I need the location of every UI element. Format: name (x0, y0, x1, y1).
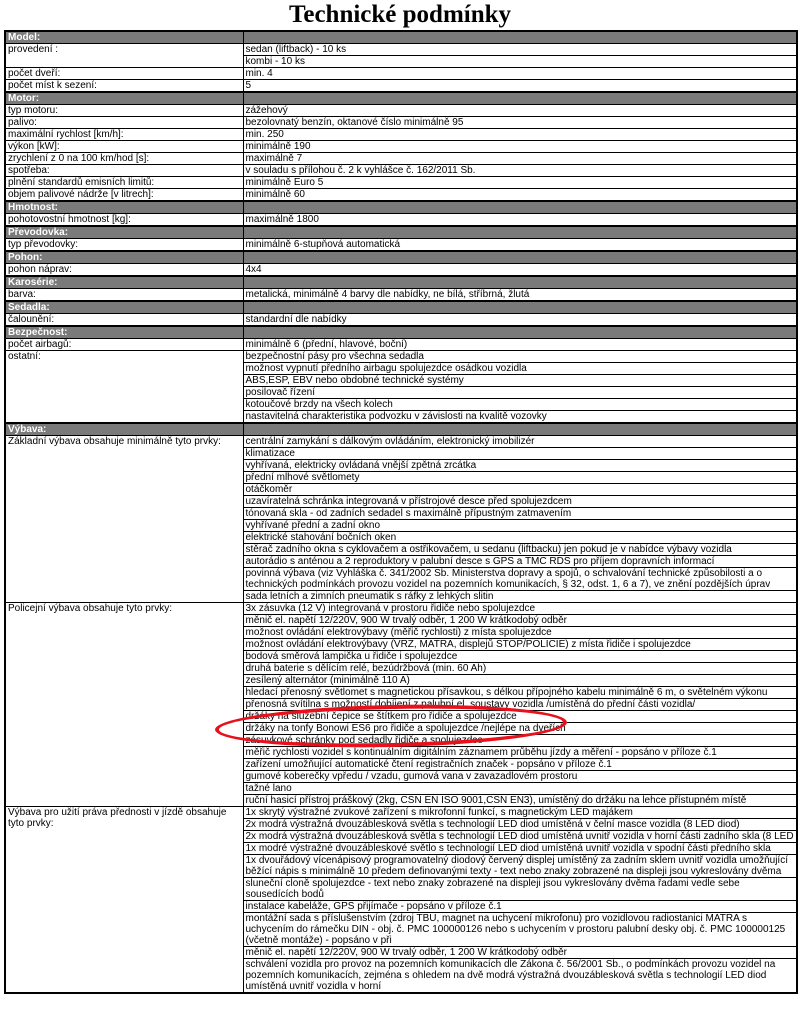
row-value: tažné lano (243, 783, 797, 795)
row-label: spotřeba: (5, 165, 243, 177)
page-title: Technické podmínky (0, 0, 800, 30)
row-label: Policejní výbava obsahuje tyto prvky: (5, 603, 243, 807)
table-row: Základní výbava obsahuje minimálně tyto … (5, 436, 797, 448)
row-label: typ motoru: (5, 105, 243, 117)
row-value: zařízení umožňující automatické čtení re… (243, 759, 797, 771)
row-value: uzavíratelná schránka integrovaná v přís… (243, 496, 797, 508)
row-value: měnič el. napětí 12/220V, 900 W trvalý o… (243, 615, 797, 627)
row-value: klimatizace (243, 448, 797, 460)
row-value: bodová směrová lampička u řidiče i spolu… (243, 651, 797, 663)
spec-table: Model: provedení :sedan (liftback) - 10 … (4, 30, 798, 994)
row-value: zážehový (243, 105, 797, 117)
table-row: zrychlení z 0 na 100 km/hod [s]:maximáln… (5, 153, 797, 165)
row-label: provedení : (5, 44, 243, 68)
row-value: ruční hasicí přístroj práškový (2kg, CSN… (243, 795, 797, 807)
row-label: počet míst k sezení: (5, 80, 243, 93)
row-value: 4x4 (243, 264, 797, 277)
row-value: gumové koberečky vpředu / vzadu, gumová … (243, 771, 797, 783)
row-value: schválení vozidla pro provoz na pozemníc… (243, 959, 797, 994)
row-value: povinná výbava (viz Vyhláška č. 341/2002… (243, 568, 797, 591)
row-label: barva: (5, 289, 243, 302)
table-row: počet dveří:min. 4 (5, 68, 797, 80)
row-value: minimálně 190 (243, 141, 797, 153)
row-value: kombi - 10 ks (243, 56, 797, 68)
row-value: možnost vypnutí předního airbagu spoluje… (243, 363, 797, 375)
section-header: Převodovka: (5, 226, 797, 239)
row-value: 5 (243, 80, 797, 93)
row-value: kotoučové brzdy na všech kolech (243, 399, 797, 411)
row-value: měřič rychlosti vozidel s kontinuálním d… (243, 747, 797, 759)
row-label: počet dveří: (5, 68, 243, 80)
row-value: 3x zásuvka (12 V) integrovaná v prostoru… (243, 603, 797, 615)
table-row: výkon [kW]:minimálně 190 (5, 141, 797, 153)
row-value: vyhřívaná, elektricky ovládaná vnější zp… (243, 460, 797, 472)
section-header: Sedadla: (5, 301, 797, 314)
row-value: sluneční cloně spolujezdce - text nebo z… (243, 878, 797, 901)
row-value: zesílený alternátor (minimálně 110 A) (243, 675, 797, 687)
table-row: ostatní:bezpečnostní pásy pro všechna se… (5, 351, 797, 363)
row-value: možnost ovládání elektrovýbavy (VRZ, MAT… (243, 639, 797, 651)
row-value: metalická, minimálně 4 barvy dle nabídky… (243, 289, 797, 302)
table-row: pohon náprav:4x4 (5, 264, 797, 277)
section-title: Výbava: (5, 423, 243, 436)
row-label: plnění standardů emisních limitů: (5, 177, 243, 189)
section-header: Motor: (5, 92, 797, 105)
section-title: Motor: (5, 92, 243, 105)
table-row: spotřeba:v souladu s přílohou č. 2 k vyh… (5, 165, 797, 177)
row-value: 1x skrytý výstražné zvukové zařízení s m… (243, 807, 797, 819)
table-row: pohotovostní hmotnost [kg]:maximálně 180… (5, 214, 797, 227)
section-title: Model: (5, 31, 243, 44)
row-value: 1x modré výstražné dvouzábleskové světlo… (243, 843, 797, 855)
row-label: objem palivové nádrže [v litrech]: (5, 189, 243, 202)
row-label: čalounění: (5, 314, 243, 327)
row-value: montážní sada s příslušenstvím (zdroj TB… (243, 913, 797, 947)
row-value: ABS,ESP, EBV nebo obdobné technické syst… (243, 375, 797, 387)
row-label: maximální rychlost [km/h]: (5, 129, 243, 141)
section-header: Výbava: (5, 423, 797, 436)
row-value: maximálně 7 (243, 153, 797, 165)
section-title: Pohon: (5, 251, 243, 264)
row-value: elektrické stahování bočních oken (243, 532, 797, 544)
row-value: sada letních a zimních pneumatik s ráfky… (243, 591, 797, 603)
row-value: druhá baterie s dělícím relé, bezúdržbov… (243, 663, 797, 675)
row-value: přední mlhové světlomety (243, 472, 797, 484)
row-value: minimálně 6 (přední, hlavové, boční) (243, 339, 797, 351)
row-value: možnost ovládání elektrovýbavy (měřič ry… (243, 627, 797, 639)
table-row: barva:metalická, minimálně 4 barvy dle n… (5, 289, 797, 302)
row-value: nastavitelná charakteristika podvozku v … (243, 411, 797, 424)
row-value: držáky na tonfy Bonowi ES6 pro řidiče a … (243, 723, 797, 735)
row-value: standardní dle nabídky (243, 314, 797, 327)
row-value: posilovač řízení (243, 387, 797, 399)
section-title: Hmotnost: (5, 201, 243, 214)
row-value: instalace kabeláže, GPS přijímače - pops… (243, 901, 797, 913)
row-label: palivo: (5, 117, 243, 129)
table-row: palivo:bezolovnatý benzín, oktanové čísl… (5, 117, 797, 129)
row-label: Výbava pro užití práva přednosti v jízdě… (5, 807, 243, 994)
row-value: bezpečnostní pásy pro všechna sedadla (243, 351, 797, 363)
row-value: min. 250 (243, 129, 797, 141)
row-value: hledací přenosný světlomet s magnetickou… (243, 687, 797, 699)
row-value: 2x modrá výstražná dvouzáblesková světla… (243, 831, 797, 843)
row-value: otáčkoměr (243, 484, 797, 496)
row-value: maximálně 1800 (243, 214, 797, 227)
section-title: Bezpečnost: (5, 326, 243, 339)
row-value: minimálně Euro 5 (243, 177, 797, 189)
row-value: centrální zamykání s dálkovým ovládáním,… (243, 436, 797, 448)
table-row: čalounění:standardní dle nabídky (5, 314, 797, 327)
row-label: zrychlení z 0 na 100 km/hod [s]: (5, 153, 243, 165)
table-row: plnění standardů emisních limitů:minimál… (5, 177, 797, 189)
row-label: ostatní: (5, 351, 243, 424)
table-row: provedení :sedan (liftback) - 10 ks (5, 44, 797, 56)
row-value: 1x dvouřádový vícenápisový programovatel… (243, 855, 797, 878)
table-row: maximální rychlost [km/h]:min. 250 (5, 129, 797, 141)
table-row: počet airbagů:minimálně 6 (přední, hlavo… (5, 339, 797, 351)
section-header: Model: (5, 31, 797, 44)
row-label: pohon náprav: (5, 264, 243, 277)
row-value: přenosná svítilna s možností dobíjení z … (243, 699, 797, 711)
section-header: Pohon: (5, 251, 797, 264)
section-title: Karosérie: (5, 276, 243, 289)
row-value: minimálně 60 (243, 189, 797, 202)
row-label: pohotovostní hmotnost [kg]: (5, 214, 243, 227)
row-value: 2x modrá výstražná dvouzáblesková světla… (243, 819, 797, 831)
row-value: vyhřívané přední a zadní okno (243, 520, 797, 532)
section-title: Převodovka: (5, 226, 243, 239)
row-value: stěrač zadního okna s cyklovačem a ostři… (243, 544, 797, 556)
row-label: počet airbagů: (5, 339, 243, 351)
table-row: Policejní výbava obsahuje tyto prvky:3x … (5, 603, 797, 615)
row-value: bezolovnatý benzín, oktanové číslo minim… (243, 117, 797, 129)
section-title: Sedadla: (5, 301, 243, 314)
row-value: zásuvkové schránky pod sedadly řidiče a … (243, 735, 797, 747)
row-value: minimálně 6-stupňová automatická (243, 239, 797, 252)
row-value: držáky na služební čepice se štítkem pro… (243, 711, 797, 723)
row-label: výkon [kW]: (5, 141, 243, 153)
row-value: měnič el. napětí 12/220V, 900 W trvalý o… (243, 947, 797, 959)
row-label: Základní výbava obsahuje minimálně tyto … (5, 436, 243, 603)
table-row: počet míst k sezení:5 (5, 80, 797, 93)
section-header: Bezpečnost: (5, 326, 797, 339)
row-value: tónovaná skla - od zadních sedadel s max… (243, 508, 797, 520)
row-value: autorádio s anténou a 2 reproduktory v p… (243, 556, 797, 568)
section-header: Hmotnost: (5, 201, 797, 214)
table-row: typ motoru:zážehový (5, 105, 797, 117)
row-value: min. 4 (243, 68, 797, 80)
row-label: typ převodovky: (5, 239, 243, 252)
section-header: Karosérie: (5, 276, 797, 289)
table-row: objem palivové nádrže [v litrech]:minimá… (5, 189, 797, 202)
table-row: typ převodovky:minimálně 6-stupňová auto… (5, 239, 797, 252)
row-value: v souladu s přílohou č. 2 k vyhlášce č. … (243, 165, 797, 177)
row-value: sedan (liftback) - 10 ks (243, 44, 797, 56)
table-row: Výbava pro užití práva přednosti v jízdě… (5, 807, 797, 819)
